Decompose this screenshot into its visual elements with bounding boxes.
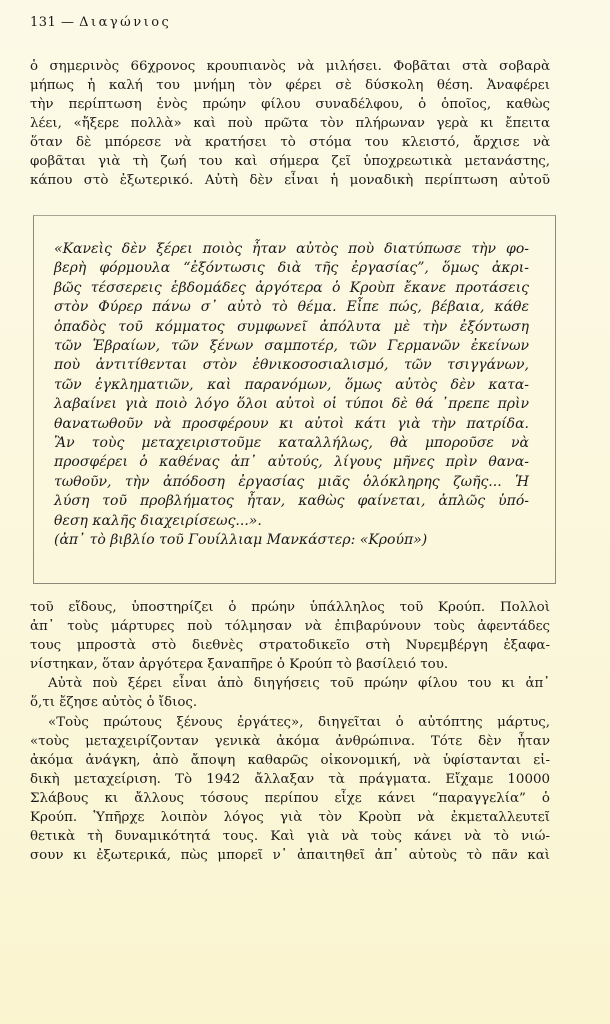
text-line: ὁ σημερινὸς 66χρονος κρουπιανὸς νὰ μιλήσ… [30,57,550,76]
text-line: τοῦ εἴδους, ὑποστηρίζει ὁ πρώην ὑπάλληλο… [30,598,550,617]
page-number: 131 [30,15,56,30]
book-page: 131 — Διαγώνιος ὁ σημερινὸς 66χρονος κρο… [0,0,610,1024]
quote-line: «Κανεὶς δὲν ξέρει ποιὸς ἦταν αὐτὸς ποὺ δ… [54,240,529,259]
quote-line: ὀπαδὸς τοῦ κόμματος συμφωνεῖ ἀπόλυτα μὲ … [54,318,529,337]
quote-line: λαβαίνει γιὰ ποιὸ λόγο ὅλοι αὐτοὶ οἱ τύπ… [54,395,529,414]
text-line: νίστηκαν, ὅταν ἀργότερα ξαναπῆρε ὁ Κρούπ… [30,655,550,674]
text-line: Αὐτὰ ποὺ ξέρει εἶναι ἀπὸ διηγήσεις τοῦ π… [30,674,550,693]
quote-line: λύση τοῦ προβλήματος ἦταν, καθὼς φαίνετα… [54,492,529,511]
paragraph-2: τοῦ εἴδους, ὑποστηρίζει ὁ πρώην ὑπάλληλο… [30,598,550,674]
text-line: λέει, «ἤξερε πολλὰ» καὶ ποὺ πρῶτα τὸν πλ… [30,114,550,133]
quote-line: βῶς τέσσερεις ἑβδομάδες ἀργότερα ὁ Κροὺπ… [54,279,529,298]
paragraph-3: Αὐτὰ ποὺ ξέρει εἶναι ἀπὸ διηγήσεις τοῦ π… [30,674,550,712]
text-line: σουν κι ἐξωτερικά, πὼς μπορεῖ ν᾽ ἀπαιτηθ… [30,846,550,865]
text-line: κάπου στὸ ἐξωτερικό. Αὐτὴ δὲν εἶναι ἡ μο… [30,171,550,190]
quote-line: θεση καλῆς διαχειρίσεως...». [54,512,529,531]
text-line: ὅ,τι ἔζησε αὐτὸς ὁ ἴδιος. [30,693,550,712]
quote-line: θανατωθοῦν νὰ προσφέρουν κι αὐτοὶ κάτι γ… [54,415,529,434]
paragraph-4: «Τοὺς πρώτους ξένους ἐργάτες», διηγεῖται… [30,713,550,865]
quote-citation: (ἀπ᾽ τὸ βιβλίο τοῦ Γουίλλιαμ Μανκάστερ: … [54,531,529,550]
quote-line: ποὺ ἀντιτίθενται στὸν ἐθνικοσοσιαλισμό, … [54,356,529,375]
text-line: δικὴ μεταχείριση. Τὸ 1942 ἄλλαξαν τὰ πρά… [30,770,550,789]
running-header: 131 — Διαγώνιος [30,15,171,30]
quote-line: τῶν Ἑβραίων, τῶν ξένων σαμποτέρ, τῶν Γερ… [54,337,529,356]
quote-box-text: «Κανεὶς δὲν ξέρει ποιὸς ἦταν αὐτὸς ποὺ δ… [54,240,529,551]
header-separator: — [56,15,79,30]
text-line: «τοὺς μεταχειρίζονταν γενικὰ ἀκόμα ἀνθρώ… [30,732,550,751]
quote-line: προσφέρει ὁ καθένας ἀπ᾽ αὐτούς, λίγους μ… [54,453,529,472]
text-line: ὅταν δὲ μπόρεσε νὰ κρατήσει τὸ στόμα του… [30,133,550,152]
book-title: Διαγώνιος [79,15,171,30]
text-line: ἀπ᾽ τοὺς μάρτυρες ποὺ τόλμησαν νὰ ἐπιβαρ… [30,617,550,636]
text-line: μήπως ἡ καλή του μνήμη τὸν φέρει σὲ δύσκ… [30,76,550,95]
text-line: ἀκόμα ἀνάγκη, ἀπὸ ἄποψη καθαρῶς οἰκονομι… [30,751,550,770]
quote-line: βερὴ φόρμουλα “ἐξόντωσις διὰ τῆς ἐργασία… [54,259,529,278]
quote-line: τωθοῦν, τὴν ἀπόδοση ἐργασίας μιᾶς ὁλόκλη… [54,473,529,492]
text-line: θετικὰ τὴ δυναμικότητά τους. Καὶ γιὰ νὰ … [30,827,550,846]
quote-line: τῶν ἐγκληματιῶν, καὶ παρανόμων, ὅμως αὐτ… [54,376,529,395]
text-line: Σλάβους κι ἄλλους τόσους περίπου εἶχε κά… [30,789,550,808]
text-line: «Τοὺς πρώτους ξένους ἐργάτες», διηγεῖται… [30,713,550,732]
text-line: τους μπροστὰ στὸ διεθνὲς στρατοδικεῖο στ… [30,636,550,655]
text-line: Κρούπ. Ὑπῆρχε λοιπὸν λόγος γιὰ τὸν Κροὺπ… [30,808,550,827]
paragraph-1: ὁ σημερινὸς 66χρονος κρουπιανὸς νὰ μιλήσ… [30,57,550,190]
text-line: φοβᾶται γιὰ τὴ ζωή του καὶ σήμερα ζεῖ ὑπ… [30,152,550,171]
quote-line: στὸν Φύρερ πάνω σ᾽ αὐτὸ τὸ θέμα. Εἶπε πώ… [54,298,529,317]
text-line: τὴν περίπτωση ἑνὸς πρώην φίλου συναδέλφο… [30,95,550,114]
quote-line: Ἂν τοὺς μεταχειριστοῦμε καταλλήλως, θὰ μ… [54,434,529,453]
